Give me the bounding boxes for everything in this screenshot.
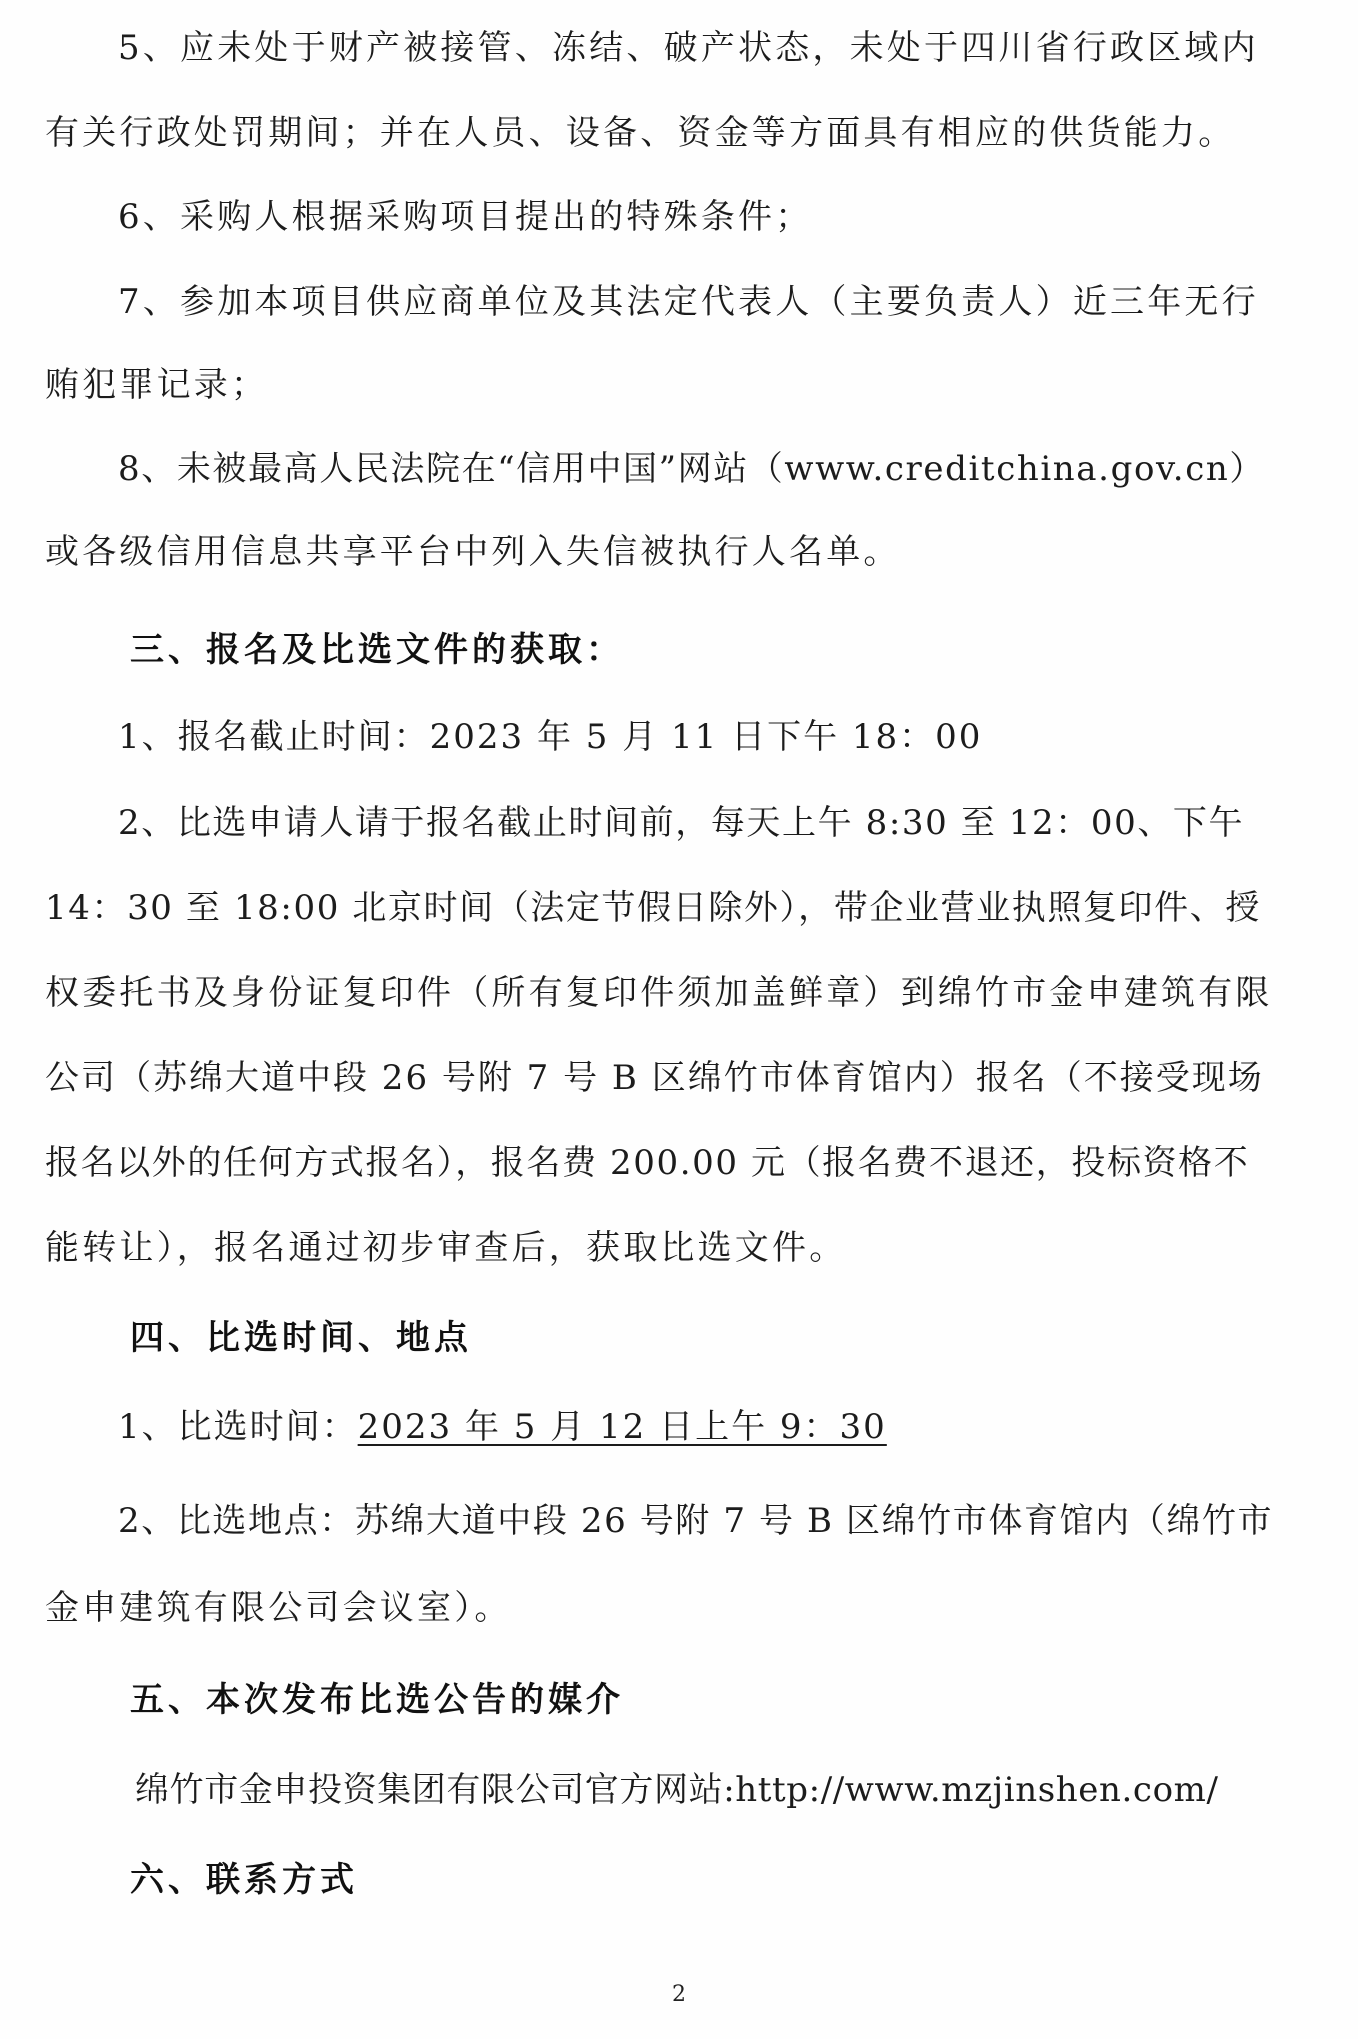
bid-time-label: 1、比选时间： [118,1407,358,1447]
section-3-item-2-line-3: 权委托书及身份证复印件（所有复印件须加盖鲜章）到绵竹市金申建筑有限 [45,973,1273,1013]
paragraph-5-line-2: 有关行政处罚期间；并在人员、设备、资金等方面具有相应的供货能力。 [45,113,1235,153]
section-4-item-2-line-1: 2、比选地点：苏绵大道中段 26 号附 7 号 B 区绵竹市体育馆内（绵竹市 [118,1501,1273,1541]
section-4-item-2-line-2: 金申建筑有限公司会议室）。 [45,1588,512,1628]
section-6-heading: 六、联系方式 [130,1860,358,1900]
section-5-website-line: 绵竹市金申投资集团有限公司官方网站:http://www.mzjinshen.c… [135,1770,1219,1810]
paragraph-8-line-1: 8、未被最高人民法院在“信用中国”网站（www.creditchina.gov.… [118,449,1265,489]
section-4-item-1: 1、比选时间：2023 年 5 月 12 日上午 9：30 [118,1407,887,1447]
section-3-item-2-line-5: 报名以外的任何方式报名），报名费 200.00 元（报名费不退还，投标资格不 [45,1143,1249,1183]
section-3-heading: 三、报名及比选文件的获取： [130,630,624,670]
bid-time-value: 2023 年 5 月 12 日上午 9：30 [358,1407,887,1447]
paragraph-7-line-1: 7、参加本项目供应商单位及其法定代表人（主要负责人）近三年无行 [118,282,1259,322]
paragraph-8-line-2: 或各级信用信息共享平台中列入失信被执行人名单。 [45,532,901,572]
section-4-heading: 四、比选时间、地点 [130,1318,472,1358]
section-3-item-2-line-6: 能转让），报名通过初步审查后，获取比选文件。 [45,1228,846,1268]
section-3-item-2-line-1: 2、比选申请人请于报名截止时间前，每天上午 8:30 至 12：00、下午 [118,803,1244,843]
page-number: 2 [0,1982,1358,2007]
section-3-item-1: 1、报名截止时间：2023 年 5 月 11 日下午 18：00 [118,717,982,757]
section-5-heading: 五、本次发布比选公告的媒介 [130,1680,624,1720]
section-3-item-2-line-4: 公司（苏绵大道中段 26 号附 7 号 B 区绵竹市体育馆内）报名（不接受现场 [45,1058,1264,1098]
paragraph-7-line-2: 贿犯罪记录； [45,365,268,405]
paragraph-5-line-1: 5、应未处于财产被接管、冻结、破产状态，未处于四川省行政区域内 [118,28,1259,68]
document-page: 5、应未处于财产被接管、冻结、破产状态，未处于四川省行政区域内 有关行政处罚期间… [0,0,1358,2039]
section-3-item-2-line-2: 14：30 至 18:00 北京时间（法定节假日除外），带企业营业执照复印件、授 [45,888,1261,928]
paragraph-6-line-1: 6、采购人根据采购项目提出的特殊条件； [118,197,812,237]
